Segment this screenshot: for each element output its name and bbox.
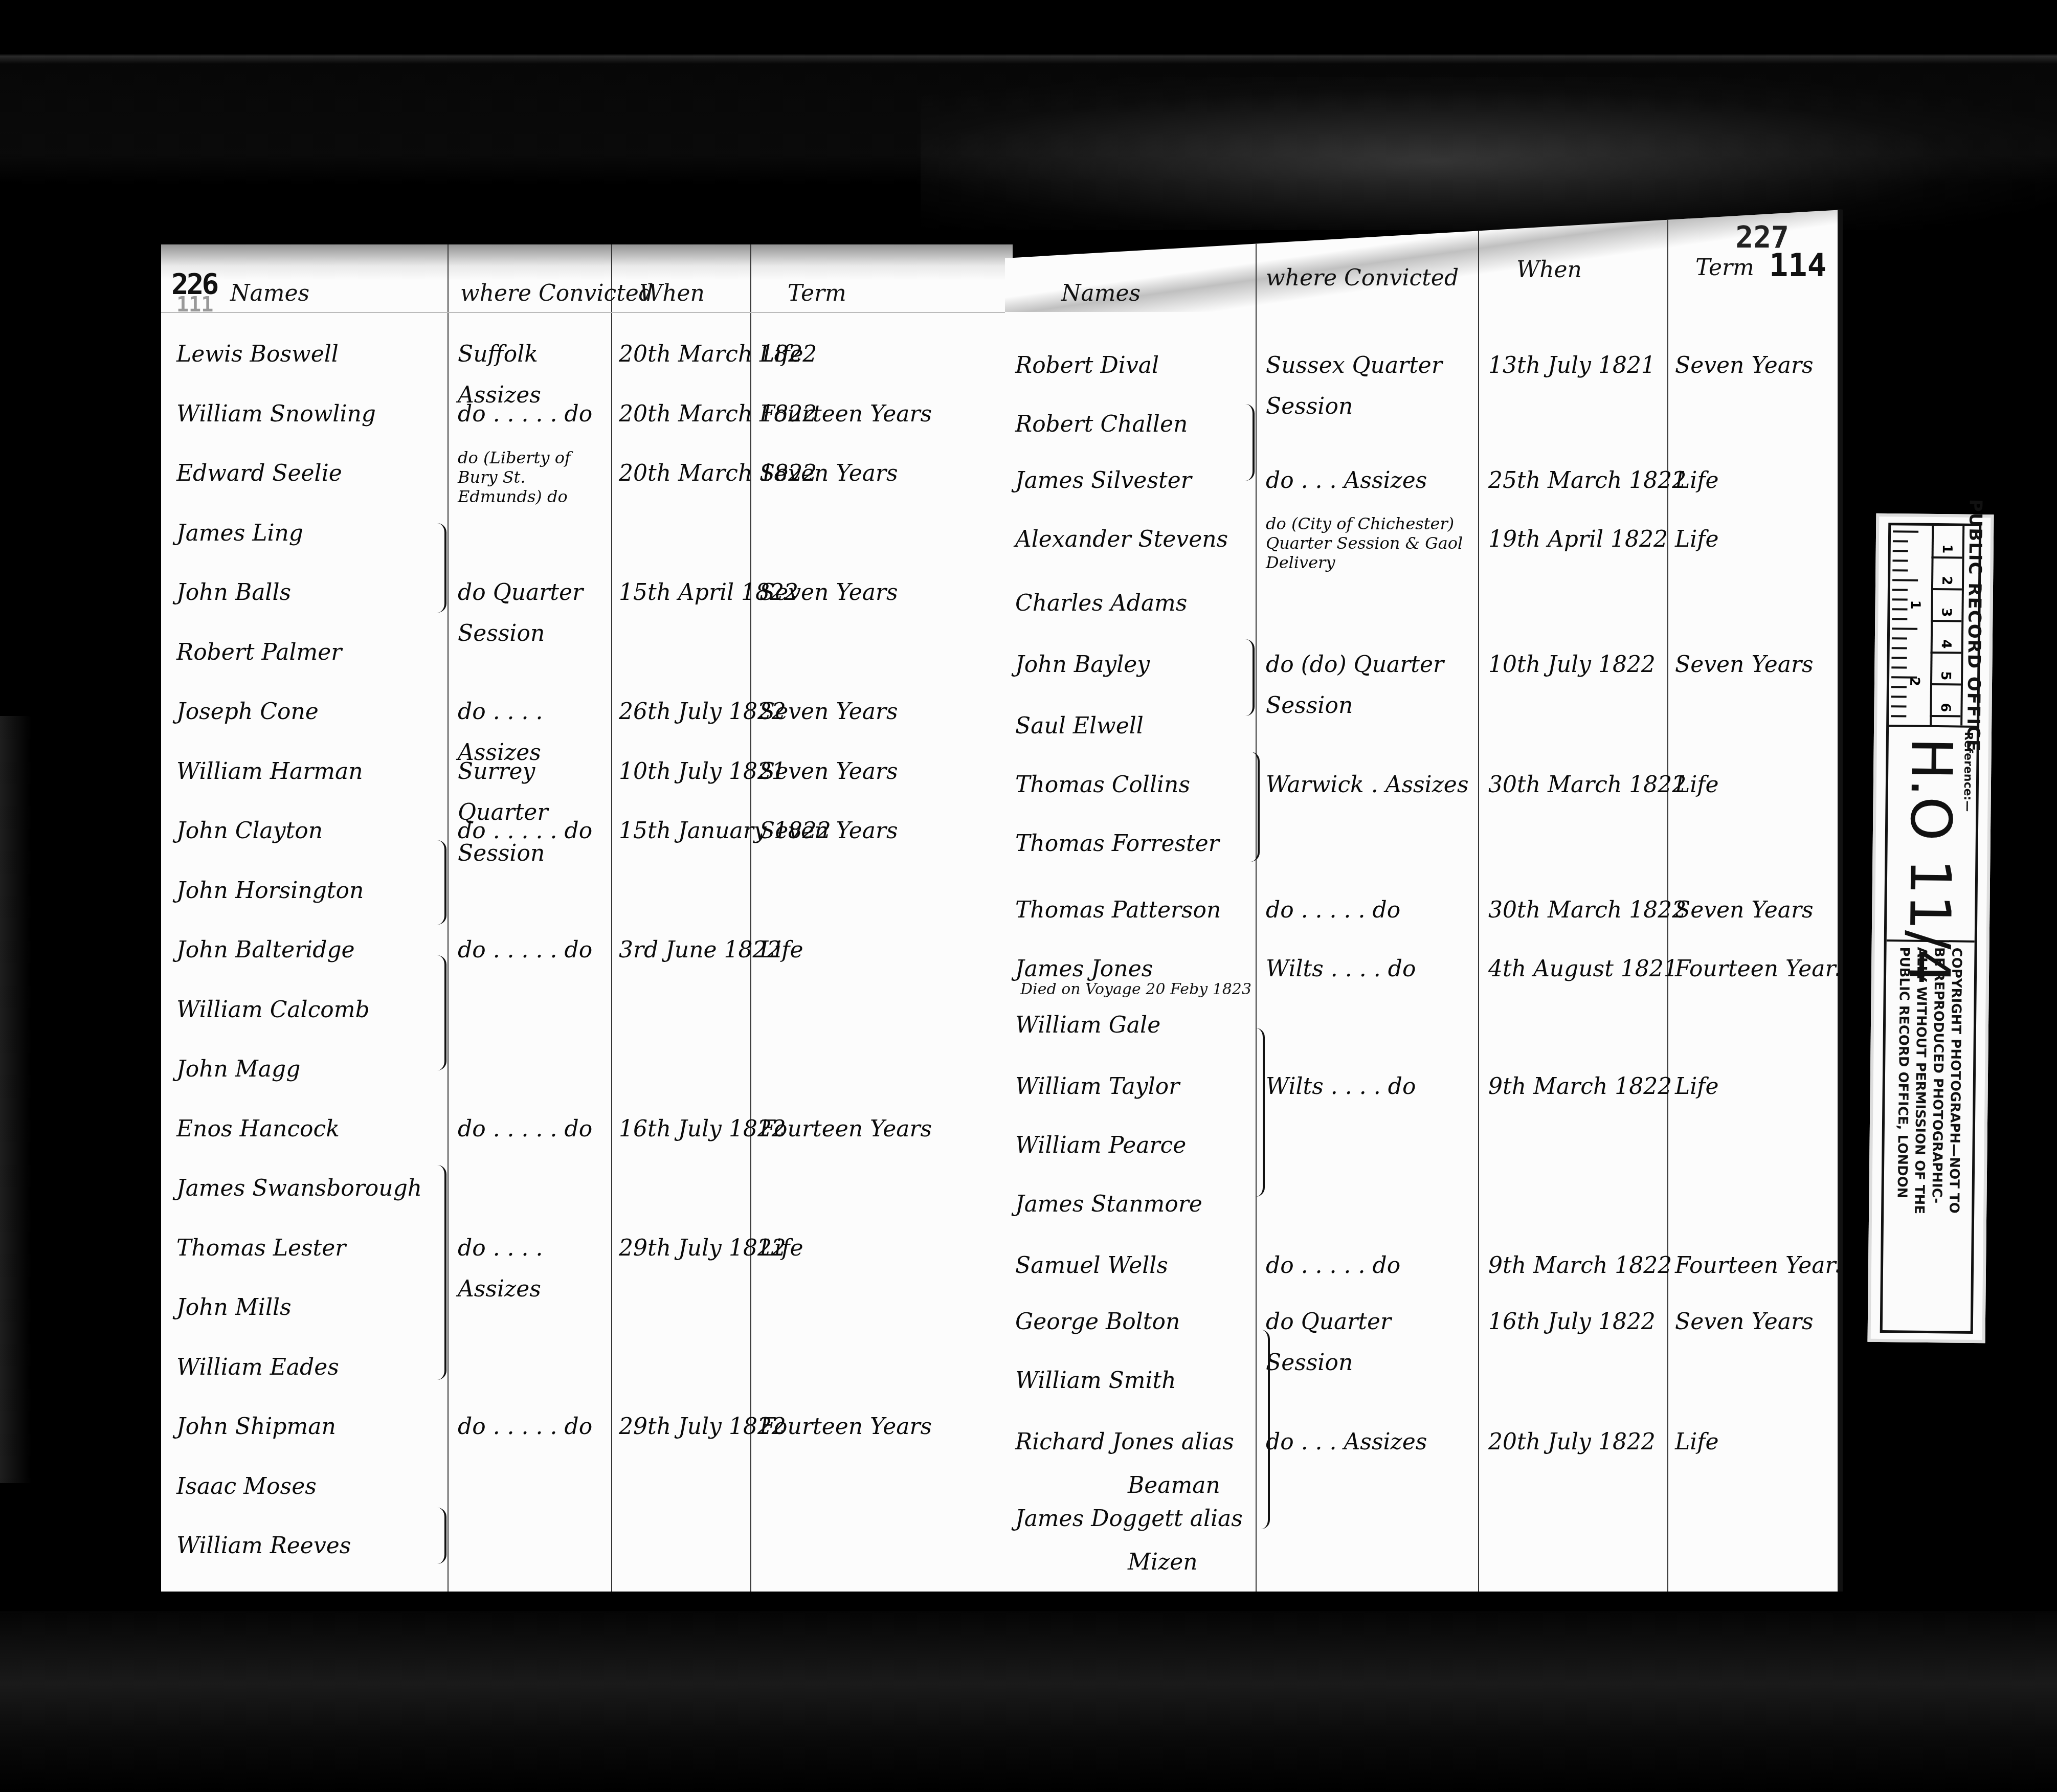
ruler-tick: [1891, 705, 1907, 707]
left-page: 226 111 Names where Convicted When Term …: [161, 244, 1016, 1592]
entry-name: John Clayton: [176, 811, 323, 852]
table-row: Thomas CollinsWarwick . Assizes30th Marc…: [1005, 765, 1838, 805]
pro-title: PUBLIC RECORD OFFICE: [1963, 499, 1986, 753]
entry-name: William Snowling: [176, 394, 376, 435]
copyright-notice: COPYRIGHT PHOTOGRAPH—NOT TOBE REPRODUCED…: [1883, 939, 1975, 1331]
header-where-convicted: where Convicted: [460, 280, 653, 306]
table-row: William Smith: [1005, 1360, 1838, 1401]
entry-name: John Mills: [176, 1287, 292, 1328]
entry-name: William Eades: [176, 1347, 339, 1388]
entry-name: Enos Hancock: [176, 1109, 340, 1150]
sentence-term: Seven Years: [759, 691, 898, 732]
sentence-term: Fourteen Years: [1675, 1245, 1843, 1286]
ruler-tick: [1892, 579, 1918, 581]
table-row: James JonesDied on Voyage 20 Feby 1823Wi…: [1005, 949, 1838, 990]
conviction-date: 9th March 1822: [1488, 1245, 1672, 1286]
sentence-term: Seven Years: [759, 811, 898, 852]
where-convicted: do . . . . . do: [1266, 1245, 1470, 1286]
ruler-tick: [1891, 686, 1907, 688]
sentence-term: Life: [759, 930, 803, 971]
sentence-term: Seven Years: [1675, 1302, 1814, 1342]
table-row: William Pearce: [1005, 1125, 1838, 1166]
entry-name: John Balls: [176, 572, 291, 613]
conviction-date: 13th July 1821: [1488, 345, 1656, 386]
table-row: William Calcomb: [161, 990, 1013, 1031]
entry-name: John Horsington: [176, 870, 364, 911]
entry-name: George Bolton: [1015, 1302, 1180, 1342]
ruler-tick: [1891, 696, 1907, 698]
where-convicted: do . . . . . do: [1266, 890, 1470, 931]
conviction-date: 30th March 1822: [1488, 890, 1686, 931]
sentence-term: Life: [1675, 765, 1719, 805]
entry-name: James Swansborough: [176, 1168, 422, 1209]
sentence-term: Fourteen Years: [759, 1109, 932, 1150]
table-row: John Balteridgedo . . . . . do3rd June 1…: [161, 930, 1013, 971]
table-row: John Mills: [161, 1287, 1013, 1328]
entry-name: John Shipman: [176, 1406, 336, 1447]
entry-name: Alexander Stevens: [1015, 519, 1228, 560]
ruler-tick: [1892, 589, 1908, 591]
brace: [1256, 1028, 1265, 1197]
entry-name: John Magg: [176, 1049, 300, 1090]
entry-name: William Gale: [1015, 1005, 1160, 1046]
sentence-term: Seven Years: [759, 751, 898, 792]
reference-box: Reference:— H.O 11/4: [1887, 725, 1977, 943]
entry-name: William Taylor: [1015, 1066, 1179, 1107]
table-row: John Horsington: [161, 870, 1013, 911]
entry-name: James Stanmore: [1015, 1184, 1202, 1225]
inch-mark: 2: [1907, 677, 1922, 686]
brace: [1245, 404, 1255, 481]
header-names: Names: [1061, 280, 1141, 306]
table-row: John Bayleydo (do) Quarter Session10th J…: [1005, 644, 1838, 685]
entry-name: Thomas Patterson: [1015, 890, 1221, 931]
table-row: Robert Palmer: [161, 632, 1013, 673]
cm-mark: 6: [1930, 684, 1961, 718]
table-row: James Stanmore: [1005, 1184, 1838, 1225]
brace: [1261, 1330, 1270, 1529]
entry-name: James Ling: [176, 513, 303, 554]
ruler-tick: [1892, 647, 1907, 649]
ruler-tick: [1891, 715, 1906, 717]
table-row: Robert Challen: [1005, 404, 1838, 445]
sentence-term: Seven Years: [759, 1585, 898, 1592]
left-edge-shadow: [0, 716, 31, 1483]
header-names: Names: [230, 280, 309, 306]
entry-name: James Doggett alias: [1015, 1498, 1243, 1539]
bottom-background: [0, 1611, 2057, 1792]
conviction-date: 19th April 1822: [1488, 519, 1668, 560]
ruler-tick: [1892, 608, 1908, 610]
ruler-tick: [1891, 666, 1907, 668]
entry-name: Robert Dival: [1015, 345, 1159, 386]
cm-mark-label: 5: [1938, 671, 1953, 680]
table-row: Thomas Lesterdo . . . . Assizes29th July…: [161, 1228, 1013, 1269]
cm-mark-label: 1: [1939, 544, 1955, 553]
inch-mark: 1: [1908, 600, 1923, 609]
conviction-date: 3rd June 1822: [619, 930, 781, 971]
column-rule: [611, 244, 612, 1592]
cm-mark-label: 2: [1939, 576, 1954, 585]
table-row: Enos Hancockdo . . . . . do16th July 182…: [161, 1109, 1013, 1150]
header-when: When: [639, 280, 705, 306]
ruler-tick: [1893, 559, 1908, 562]
entry-name: Joseph Cone: [176, 691, 319, 732]
entry-name: William Smith: [1015, 1360, 1176, 1401]
where-convicted: do . . . . . do: [458, 930, 606, 971]
where-convicted: do (City of Chichester) Quarter Session …: [1266, 514, 1470, 572]
sentence-term: Life: [1675, 460, 1719, 501]
entry-name: Samuel Wells: [1015, 1245, 1168, 1286]
column-rule: [448, 244, 449, 1592]
table-row: James Swansborough: [161, 1168, 1013, 1209]
table-row: William TaylorWilts . . . . do9th March …: [1005, 1066, 1838, 1107]
entry-name: Robert Challen: [1015, 404, 1188, 445]
conviction-date: 20th July 1822: [1488, 1422, 1656, 1463]
entry-name: Thomas Collins: [1015, 765, 1190, 805]
header-term: Term: [788, 280, 846, 306]
ruler-tick: [1893, 530, 1918, 533]
cm-mark-label: 6: [1937, 703, 1953, 712]
table-row: William Hartdo . . . . . do29th July 182…: [161, 1585, 1013, 1592]
table-row: William Eades: [161, 1347, 1013, 1388]
entry-name: William Hart: [176, 1585, 323, 1592]
entry-note: Died on Voyage 20 Feby 1823: [1020, 980, 1251, 998]
where-convicted: do . . . . . do: [458, 394, 606, 435]
table-row: James Silvesterdo . . . Assizes25th Marc…: [1005, 460, 1838, 501]
entry-name: John Bayley: [1015, 644, 1150, 685]
where-convicted: do . . . . . do: [458, 811, 606, 852]
brace: [437, 1165, 446, 1380]
sentence-term: Fourteen Years: [759, 394, 932, 435]
sentence-term: Life: [759, 1228, 803, 1269]
sentence-term: Fourteen Years: [1675, 949, 1843, 990]
entry-name: Thomas Lester: [176, 1228, 346, 1269]
entry-name: William Calcomb: [176, 990, 370, 1031]
conviction-date: 9th March 1822: [1488, 1066, 1672, 1107]
table-row: John Shipmando . . . . . do29th July 182…: [161, 1406, 1013, 1447]
table-row: Samuel Wellsdo . . . . . do9th March 182…: [1005, 1245, 1838, 1286]
table-row: James Ling: [161, 513, 1013, 554]
sentence-term: Seven Years: [1675, 644, 1814, 685]
where-convicted: Warwick . Assizes: [1266, 765, 1470, 805]
ruler-tick: [1893, 540, 1908, 542]
header-rule: [161, 312, 1013, 313]
cm-scale: 123456: [1930, 526, 1964, 726]
brace: [437, 1508, 446, 1564]
brace: [1245, 639, 1255, 716]
table-row: Isaac Moses: [161, 1466, 1013, 1507]
table-row: Thomas Forrester: [1005, 823, 1838, 864]
sentence-term: Seven Years: [1675, 890, 1814, 931]
copyright-text: COPYRIGHT PHOTOGRAPH—NOT TOBE REPRODUCED…: [1892, 947, 1965, 1331]
conviction-date: 30th March 1822: [1488, 765, 1686, 805]
ruler-tick: [1892, 657, 1907, 659]
table-row: John Magg: [161, 1049, 1013, 1090]
cm-mark-label: 4: [1938, 639, 1954, 648]
entry-name: Isaac Moses: [176, 1466, 317, 1507]
header-term: Term: [1695, 255, 1754, 281]
where-convicted: do . . . . . do: [458, 1109, 606, 1150]
table-row: Edward Seeliedo (Liberty of Bury St. Edm…: [161, 453, 1013, 494]
table-row: Joseph Conedo . . . . Assizes26th July 1…: [161, 691, 1013, 732]
cm-mark: 2: [1931, 557, 1962, 591]
page-smudge: [161, 244, 1013, 280]
table-row: James Doggett aliasMizen: [1005, 1498, 1838, 1539]
entry-name: Thomas Forrester: [1015, 823, 1219, 864]
cm-mark: 1: [1932, 526, 1963, 559]
table-row: Saul Elwell: [1005, 706, 1838, 747]
table-row: Robert DivalSussex Quarter Session13th J…: [1005, 345, 1838, 386]
sentence-term: Fourteen Years: [759, 1406, 932, 1447]
where-convicted: do . . . Assizes: [1266, 1422, 1470, 1463]
inch-ruler: 12: [1889, 525, 1934, 725]
entry-name: James Silvester: [1015, 460, 1192, 501]
entry-name: Saul Elwell: [1015, 706, 1144, 747]
sentence-term: Seven Years: [1675, 345, 1814, 386]
where-convicted: do . . . . . do: [458, 1585, 606, 1592]
ruler-tick: [1892, 618, 1907, 620]
entry-name: Richard Jones alias: [1015, 1422, 1234, 1463]
entry-name: Edward Seelie: [176, 453, 342, 494]
entry-name: William Reeves: [176, 1526, 351, 1566]
header-when: When: [1516, 257, 1582, 283]
cm-mark: 3: [1931, 589, 1962, 622]
conviction-date: 25th March 1822: [1488, 460, 1686, 501]
cm-mark-label: 3: [1938, 608, 1954, 617]
brace: [437, 840, 446, 925]
sentence-term: Life: [759, 334, 803, 375]
header-where-convicted: where Convicted: [1266, 265, 1459, 291]
brace: [437, 523, 446, 613]
column-rule: [750, 244, 751, 1592]
conviction-date: 4th August 1821: [1488, 949, 1678, 990]
entry-name: Robert Palmer: [176, 632, 342, 673]
entry-name: Charles Adams: [1015, 583, 1187, 624]
where-convicted: Wilts . . . . do: [1266, 1066, 1470, 1107]
sentence-term: Seven Years: [759, 453, 898, 494]
background-haze: [921, 77, 2057, 230]
table-row: Thomas Pattersondo . . . . . do30th Marc…: [1005, 890, 1838, 931]
table-row: Richard Jones aliasBeamando . . . Assize…: [1005, 1422, 1838, 1463]
cm-mark: 4: [1931, 621, 1962, 654]
public-record-office-label: 12 123456 PUBLIC RECORD OFFICE Reference…: [1868, 513, 1994, 1343]
entry-name: John Balteridge: [176, 930, 355, 971]
table-row: Alexander Stevensdo (City of Chichester)…: [1005, 519, 1838, 560]
sentence-term: Seven Years: [759, 572, 898, 613]
ruler-tick: [1893, 550, 1908, 552]
folio-stamp: 114: [1769, 247, 1826, 284]
table-row: John Claytondo . . . . . do15th January …: [161, 811, 1013, 852]
table-row: William Snowlingdo . . . . . do20th Marc…: [161, 394, 1013, 435]
right-page: 227 114 Names where Convicted When Term …: [1005, 210, 1843, 1592]
table-row: Charles Adams: [1005, 583, 1838, 624]
entry-name-alias: Mizen: [1128, 1542, 1198, 1583]
table-row: Lewis BoswellSuffolk Assizes20th March 1…: [161, 334, 1013, 375]
ruler-tick: [1892, 628, 1917, 630]
sentence-term: Life: [1675, 1422, 1719, 1463]
sentence-term: Life: [1675, 519, 1719, 560]
where-convicted: do . . . . . do: [458, 1406, 606, 1447]
table-row: William Gale: [1005, 1005, 1838, 1046]
ruler-tick: [1892, 637, 1907, 639]
entry-name: William Pearce: [1015, 1125, 1186, 1166]
where-convicted: Wilts . . . . do: [1266, 949, 1470, 990]
table-row: William HarmanSurrey Quarter Session10th…: [161, 751, 1013, 792]
cm-mark: 5: [1930, 653, 1961, 686]
sentence-term: Life: [1675, 1066, 1719, 1107]
entry-name: Lewis Boswell: [176, 334, 339, 375]
where-convicted: do . . . Assizes: [1266, 460, 1470, 501]
where-convicted: do (Liberty of Bury St. Edmunds) do: [458, 448, 606, 506]
entry-name: William Harman: [176, 751, 363, 792]
brace: [1250, 752, 1260, 862]
brace: [437, 955, 446, 1070]
conviction-date: 10th July 1822: [1488, 644, 1656, 685]
ruler-tick: [1892, 569, 1908, 571]
table-row: William Reeves: [161, 1526, 1013, 1566]
conviction-date: 16th July 1822: [1488, 1302, 1656, 1342]
ruler-tick: [1892, 598, 1908, 600]
folio-number-faint: 111: [176, 293, 213, 317]
table-row: George Boltondo Quarter Session16th July…: [1005, 1302, 1838, 1342]
table-row: John Ballsdo Quarter Session15th April 1…: [161, 572, 1013, 613]
